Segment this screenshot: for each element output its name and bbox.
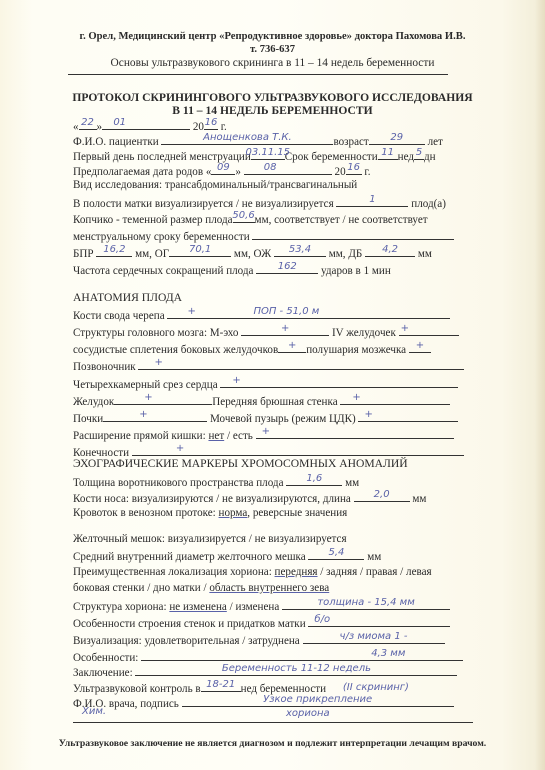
ductus-row: Кровоток в венозном протоке: норма, реве…	[73, 506, 347, 520]
date-day-field[interactable]: 22	[79, 118, 97, 130]
og-field[interactable]: 70,1	[169, 245, 231, 257]
nasal-bone-field[interactable]: 2,0	[354, 490, 410, 502]
chorion-structure-row: Структура хориона: не изменена / изменен…	[73, 598, 450, 612]
iv-ventricle-field[interactable]: +	[399, 324, 459, 336]
heart-rate-value: 162	[278, 262, 297, 272]
plexus-value: +	[288, 341, 296, 351]
heart-value: +	[232, 376, 240, 386]
visualization-label: Визуализация: удовлетворительная / затру…	[73, 635, 300, 647]
bladder-label: Мочевой пузырь (режим ЦДК)	[210, 413, 356, 425]
nasal-bone-value: 2,0	[374, 490, 390, 500]
heart-rate-field[interactable]: 162	[256, 262, 318, 274]
ductus-label: Кровоток в венозном протоке:	[73, 507, 219, 519]
edd-day-value: 09	[217, 163, 230, 173]
age-value: 29	[390, 133, 403, 143]
edd-quote-close: »	[235, 166, 241, 178]
heart-rate-row: Частота сердечных сокращений плода 162 у…	[73, 262, 391, 276]
kidneys-field[interactable]: +	[103, 410, 207, 422]
date-day-value: 22	[81, 118, 94, 128]
m-echo-value: +	[281, 324, 289, 334]
visualization-value: ч/з миома 1 -	[340, 632, 408, 642]
nt-unit: мм	[345, 477, 359, 489]
spine-row: Позвоночник +	[73, 358, 464, 372]
chorion-option-os[interactable]: область внутреннего зева	[209, 582, 329, 594]
control-value: 18-21	[206, 680, 235, 690]
yolk-diameter-value: 5,4	[328, 548, 344, 558]
yolk-diameter-field[interactable]: 5,4	[308, 548, 364, 560]
fetus-count-row: В полости матки визуализируется / не виз…	[73, 195, 446, 209]
uterus-field[interactable]: б/о	[308, 615, 450, 627]
edd-year-field[interactable]: 16	[346, 163, 362, 175]
crl-suffix: мм, соответствует / не соответствует	[255, 214, 428, 226]
ductus-option-norm[interactable]: норма	[219, 507, 248, 519]
chorion-structure-field[interactable]: толщина - 15,4 мм	[282, 598, 450, 610]
control-label: Ультразвуковой контроль в	[73, 683, 201, 695]
edd-row: Предполагаемая дата родов «09» 08 2016 г…	[73, 163, 370, 177]
patient-label: Ф.И.О. пациентки	[73, 136, 159, 148]
chorion-option-front[interactable]: передняя	[275, 566, 318, 578]
edd-year-value: 16	[347, 163, 360, 173]
rectum-field[interactable]: +	[256, 427, 454, 439]
patient-name-value: Анощенкова Т.К.	[203, 133, 292, 143]
term-days-unit: дн	[424, 151, 436, 163]
og-label: мм, ОГ	[135, 248, 169, 260]
doctor-row: Ф.И.О. врача, подпись Узкое прикрепление	[73, 695, 454, 709]
crl-label: Копчико - теменной размер плода	[73, 214, 233, 226]
visualization-field[interactable]: ч/з миома 1 -	[303, 632, 445, 644]
nt-field[interactable]: 1,6	[286, 474, 342, 486]
menstrual-term-row: менструальному сроку беременности	[73, 228, 454, 242]
nt-label: Толщина воротникового пространства плода	[73, 477, 284, 489]
features-field[interactable]: 4,3 мм	[141, 649, 463, 661]
anatomy-heading: АНАТОМИЯ ПЛОДА	[73, 291, 182, 305]
chorion-location-row: Преимущественная локализация хориона: пе…	[73, 565, 432, 579]
features-row: Особенности: 4,3 мм	[73, 649, 463, 663]
protocol-title-line1: ПРОТОКОЛ СКРИНИНГОВОГО УЛЬТРАЗВУКОВОГО И…	[0, 91, 545, 104]
term-days-field[interactable]: 5	[414, 148, 424, 160]
disclaimer-footer: Ультразвуковое заключение не является ди…	[0, 738, 545, 749]
bladder-field[interactable]: +	[358, 410, 458, 422]
doctor-field[interactable]: Узкое прикрепление	[182, 695, 454, 707]
abdominal-wall-field[interactable]: +	[340, 393, 450, 405]
extra-line-note-a: Хим.	[82, 707, 106, 717]
features-value: 4,3 мм	[371, 649, 405, 659]
db-value: 4,2	[382, 245, 398, 255]
bladder-value: +	[364, 410, 372, 420]
nt-value: 1,6	[306, 474, 322, 484]
fetus-count-value: 1	[369, 195, 375, 205]
skull-value: +	[187, 307, 195, 317]
skull-field[interactable]: +ПОП - 51,0 м	[167, 307, 450, 319]
bpr-field[interactable]: 16,2	[96, 245, 132, 257]
features-label: Особенности:	[73, 652, 138, 664]
ozh-label: мм, ОЖ	[234, 248, 271, 260]
patient-row: Ф.И.О. пациентки Анощенкова Т.К.возраст2…	[73, 133, 443, 147]
menstrual-term-field[interactable]	[252, 228, 454, 240]
extra-line[interactable]	[73, 722, 473, 723]
nt-row: Толщина воротникового пространства плода…	[73, 474, 359, 488]
chorion-structure-label: Структура хориона:	[73, 601, 169, 613]
edd-suffix: г.	[364, 166, 370, 178]
kidneys-label: Почки	[73, 413, 103, 425]
term-weeks-unit: нед	[398, 151, 414, 163]
plexus-field[interactable]: +	[278, 341, 306, 353]
header-organization: г. Орел, Медицинский центр «Репродуктивн…	[0, 31, 545, 42]
term-weeks-value: 11	[381, 148, 394, 158]
bpr-value: 16,2	[103, 245, 125, 255]
cerebellum-field[interactable]: +	[409, 341, 431, 353]
rectum-option-no[interactable]: нет	[208, 430, 224, 442]
stomach-label: Желудок	[73, 396, 114, 408]
control-row: Ультразвуковой контроль в18-21нед береме…	[73, 680, 395, 694]
brain-label: Структуры головного мозга: М-эхо	[73, 327, 238, 339]
edd-day-field[interactable]: 09	[211, 163, 235, 175]
m-echo-field[interactable]: +	[241, 324, 329, 336]
skull-note: ПОП - 51,0 м	[253, 307, 319, 317]
date-month-field[interactable]: 01	[102, 118, 190, 130]
uterus-value: б/о	[314, 615, 330, 625]
ozh-value: 53,4	[289, 245, 311, 255]
heart-rate-unit: ударов в 1 мин	[321, 265, 391, 277]
menstrual-term-label: менструальному сроку беременности	[73, 231, 250, 243]
chorion-location-row2: боковая стенки / дно матки / область вну…	[73, 581, 329, 595]
conclusion-label: Заключение:	[73, 667, 133, 679]
rectum-value: +	[262, 427, 270, 437]
iv-ventricle-value: +	[401, 324, 409, 334]
heart-row: Четырехкамерный срез сердца +	[73, 376, 458, 390]
stomach-row: Желудок+Передняя брюшная стенка +	[73, 393, 450, 407]
term-days-value: 5	[416, 148, 422, 158]
chorion-location-label: Преимущественная локализация хориона:	[73, 566, 275, 578]
yolk-sac-row: Желточный мешок: визуализируется / не ви…	[73, 532, 347, 546]
edd-label: Предполагаемая дата родов «	[73, 166, 211, 178]
limbs-value: +	[176, 444, 184, 454]
term-label: Срок беременности	[285, 151, 378, 163]
exam-type-row: Вид исследования: трансабдоминальный/тра…	[73, 178, 357, 192]
heart-rate-label: Частота сердечных сокращений плода	[73, 265, 253, 277]
kidneys-row: Почки+ Мочевой пузырь (режим ЦДК) +	[73, 410, 458, 424]
brain-row: Структуры головного мозга: М-эхо + IV же…	[73, 324, 459, 338]
spine-value: +	[154, 358, 162, 368]
age-unit: лет	[428, 136, 443, 148]
og-value: 70,1	[189, 245, 211, 255]
fetus-count-unit: плод(а)	[411, 198, 446, 210]
lmp-field[interactable]: 03.11.15	[251, 148, 285, 160]
db-field[interactable]: 4,2	[365, 245, 415, 257]
edd-month-value: 08	[264, 163, 277, 173]
header-subtitle: Основы ультразвукового скрининга в 11 – …	[0, 57, 545, 69]
conclusion-field[interactable]: Беременность 11-12 недель	[135, 664, 457, 676]
heart-field[interactable]: +	[220, 376, 458, 388]
lmp-row: Первый день последней менструации03.11.1…	[73, 148, 436, 162]
chorion-options-other[interactable]: / задняя / правая / левая	[318, 566, 432, 578]
edd-month-field[interactable]: 08	[244, 163, 332, 175]
header-phone: т. 736-637	[0, 44, 545, 55]
biometry-row: БПР 16,2 мм, ОГ70,1 мм, ОЖ 53,4 мм, ДБ 4…	[73, 245, 432, 259]
patient-name-field[interactable]: Анощенкова Т.К.	[161, 133, 333, 145]
scanned-page: г. Орел, Медицинский центр «Репродуктивн…	[0, 0, 545, 770]
fetus-count-field[interactable]: 1	[336, 195, 408, 207]
rectum-option-yes[interactable]: / есть	[224, 430, 253, 442]
term-weeks-field[interactable]: 11	[378, 148, 398, 160]
chorion-option-changed[interactable]: / изменена	[227, 601, 279, 613]
conclusion-row: Заключение: Беременность 11-12 недель	[73, 664, 457, 678]
markers-heading: ЭХОГРАФИЧЕСКИЕ МАРКЕРЫ ХРОМОСОМНЫХ АНОМА…	[73, 457, 408, 471]
abdominal-wall-label: Передняя брюшная стенка	[212, 396, 337, 408]
date-year-value: 16	[205, 118, 218, 128]
fetus-count-label: В полости матки визуализируется / не виз…	[73, 198, 334, 210]
rectum-label: Расширение прямой кишки:	[73, 430, 208, 442]
date-year-field[interactable]: 16	[204, 118, 218, 130]
extra-line-note-b: хориона	[286, 709, 330, 719]
uterus-row: Особенности строения стенок и придатков …	[73, 615, 450, 629]
skull-row: Кости свода черепа +ПОП - 51,0 м	[73, 307, 450, 321]
age-label: возраст	[333, 136, 368, 148]
plexus-label: сосудистые сплетения боковых желудочков	[73, 344, 278, 356]
header-divider	[68, 74, 448, 75]
cerebellum-label: полушария мозжечка	[306, 344, 406, 356]
cerebellum-value: +	[416, 341, 424, 351]
db-unit: мм	[418, 248, 432, 260]
edd-year-prefix: 20	[335, 166, 346, 178]
visualization-row: Визуализация: удовлетворительная / затру…	[73, 632, 445, 646]
date-month-value: 01	[113, 118, 126, 128]
age-field[interactable]: 29	[369, 133, 425, 145]
control-note: (II скрининг)	[343, 682, 409, 693]
nasal-bone-unit: мм	[412, 493, 426, 505]
chorion-structure-value: толщина - 15,4 мм	[317, 598, 414, 608]
control-field[interactable]: 18-21	[201, 680, 241, 692]
ozh-field[interactable]: 53,4	[274, 245, 326, 257]
spine-field[interactable]: +	[138, 358, 464, 370]
limbs-field[interactable]: +	[132, 444, 464, 456]
yolk-diameter-label: Средний внутренний диаметр желточного ме…	[73, 551, 306, 563]
ductus-option-reverse[interactable]: , реверсные значения	[247, 507, 347, 519]
bpr-label: БПР	[73, 248, 94, 260]
yolk-diameter-row: Средний внутренний диаметр желточного ме…	[73, 548, 381, 562]
limbs-row: Конечности +	[73, 444, 464, 458]
iv-ventricle-label: IV желудочек	[332, 327, 396, 339]
conclusion-value: Беременность 11-12 недель	[222, 664, 371, 674]
kidneys-value: +	[139, 410, 147, 420]
crl-field[interactable]: 50,6	[233, 211, 255, 223]
crl-row: Копчико - теменной размер плода50,6мм, с…	[73, 211, 428, 225]
rectum-row: Расширение прямой кишки: нет / есть +	[73, 427, 454, 441]
db-label: мм, ДБ	[329, 248, 363, 260]
yolk-diameter-unit: мм	[367, 551, 381, 563]
abdominal-wall-value: +	[352, 393, 360, 403]
skull-label: Кости свода черепа	[73, 310, 165, 322]
stomach-field[interactable]: +	[114, 393, 212, 405]
plexus-row: сосудистые сплетения боковых желудочков+…	[73, 341, 431, 355]
date-row: «22»01 2016 г.	[73, 118, 227, 132]
nasal-bone-label: Кости носа: визуализируются / не визуали…	[73, 493, 351, 505]
lmp-value: 03.11.15	[246, 148, 291, 158]
stomach-value: +	[144, 393, 152, 403]
spine-label: Позвоночник	[73, 361, 136, 373]
nasal-bone-row: Кости носа: визуализируются / не визуали…	[73, 490, 426, 504]
protocol-title-line2: В 11 – 14 НЕДЕЛЬ БЕРЕМЕННОСТИ	[0, 104, 545, 117]
doctor-value: Узкое прикрепление	[263, 695, 372, 705]
heart-label: Четырехкамерный срез сердца	[73, 379, 218, 391]
crl-value: 50,6	[232, 211, 254, 221]
chorion-option-unchanged[interactable]: не изменена	[169, 601, 226, 613]
uterus-label: Особенности строения стенок и придатков …	[73, 618, 306, 630]
chorion-options-wall-fundus[interactable]: боковая стенки / дно матки /	[73, 582, 209, 594]
